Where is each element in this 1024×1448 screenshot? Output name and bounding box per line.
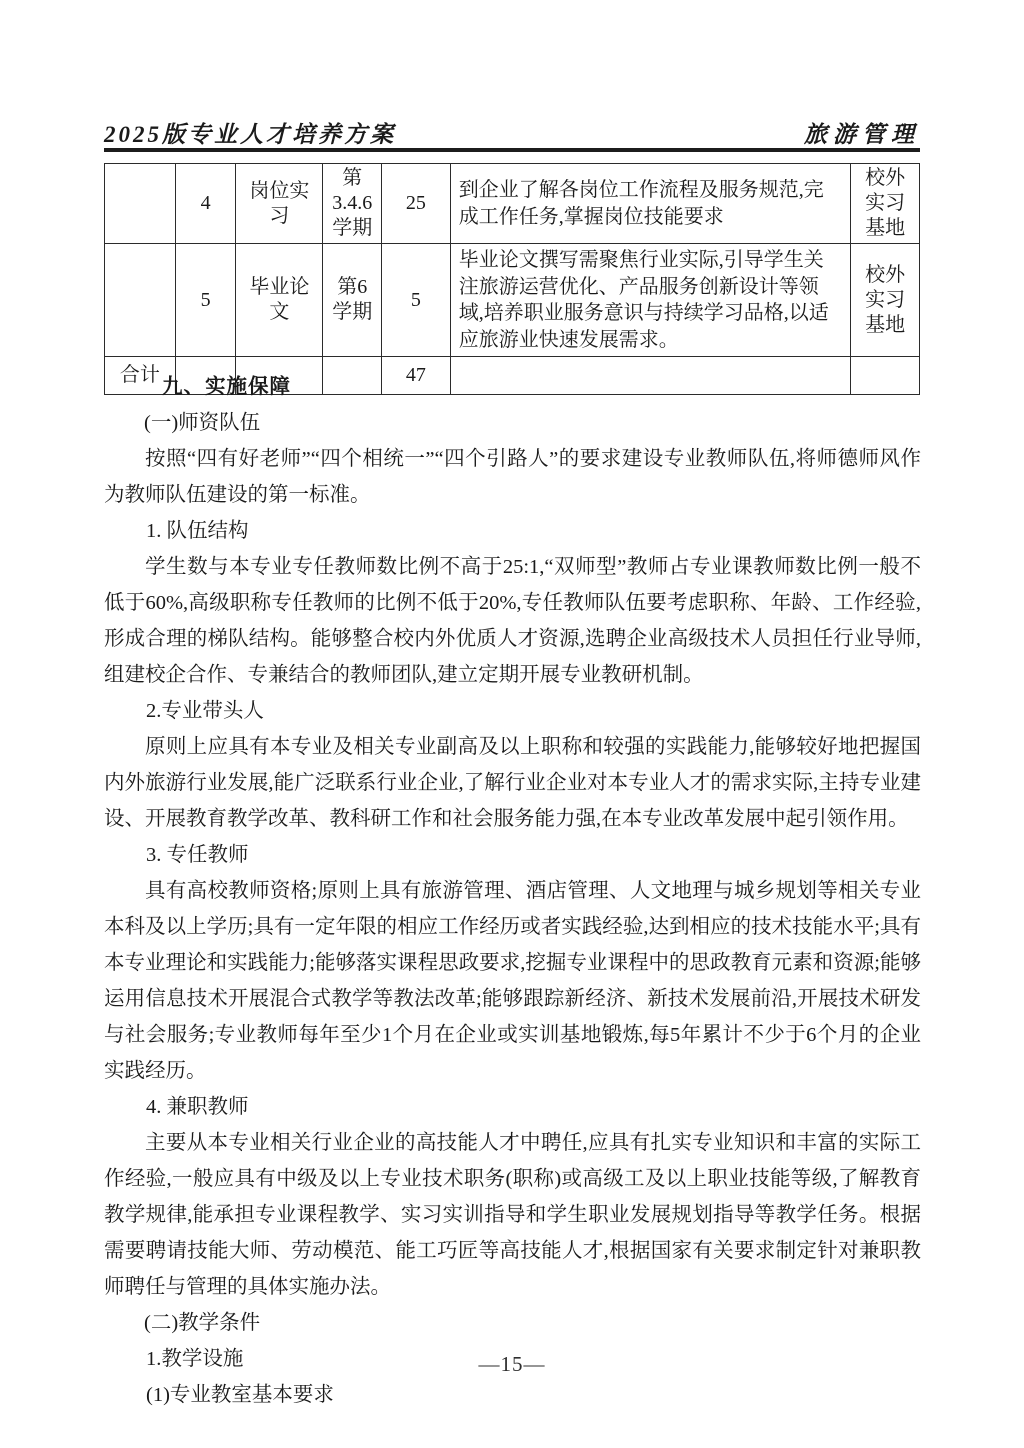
- table-cell: 到企业了解各岗位工作流程及服务规范,完成工作任务,掌握岗位技能要求: [450, 164, 850, 244]
- table-cell: 校外实习基地: [851, 244, 920, 357]
- subsection-heading-teaching-conditions: (二)教学条件: [104, 1305, 921, 1341]
- table-cell: 岗位实习: [236, 164, 323, 244]
- table-cell: 25: [382, 164, 451, 244]
- document-page: 2025版专业人才培养方案 旅游管理 4岗位实习第3.4.6学期25到企业了解各…: [0, 0, 1024, 1448]
- paragraph-fulltime-teachers: 具有高校教师资格;原则上具有旅游管理、酒店管理、人文地理与城乡规划等相关专业本科…: [104, 873, 921, 1089]
- paragraph-parttime-teachers: 主要从本专业相关行业企业的高技能人才中聘任,应具有扎实专业知识和丰富的实际工作经…: [104, 1125, 921, 1305]
- table-cell: 毕业论文撰写需聚焦行业实际,引导学生关注旅游运营优化、产品服务创新设计等领域,培…: [450, 244, 850, 357]
- practical-courses-table: 4岗位实习第3.4.6学期25到企业了解各岗位工作流程及服务规范,完成工作任务,…: [104, 163, 920, 395]
- table-cell: 5: [175, 244, 236, 357]
- section-heading-implementation-guarantee: 九、实施保障: [104, 369, 921, 405]
- numbered-heading-parttime-teachers: 4. 兼职教师: [104, 1089, 921, 1125]
- document-body: 九、实施保障(一)师资队伍按照“四有好老师”“四个相统一”“四个引路人”的要求建…: [104, 369, 921, 1413]
- table-cell: 校外实习基地: [851, 164, 920, 244]
- subsection-heading-teacher-team: (一)师资队伍: [104, 405, 921, 441]
- table-cell: [105, 244, 176, 357]
- table-cell: 第6学期: [323, 244, 382, 357]
- table-cell: 5: [382, 244, 451, 357]
- running-header: 2025版专业人才培养方案 旅游管理: [104, 116, 920, 149]
- numbered-heading-fulltime-teachers: 3. 专任教师: [104, 837, 921, 873]
- major-name: 旅游管理: [804, 116, 920, 149]
- table-cell: 毕业论文: [236, 244, 323, 357]
- table-cell: 4: [175, 164, 236, 244]
- paragraph-teacher-team-intro: 按照“四有好老师”“四个相统一”“四个引路人”的要求建设专业教师队伍,将师德师风…: [104, 441, 921, 513]
- header-rule: [104, 148, 920, 152]
- table-row: 5毕业论文第6学期5毕业论文撰写需聚焦行业实际,引导学生关注旅游运营优化、产品服…: [105, 244, 920, 357]
- numbered-heading-classroom-requirements: (1)专业教室基本要求: [104, 1377, 921, 1413]
- paragraph-team-structure: 学生数与本专业专任教师数比例不高于25:1,“双师型”教师占专业课教师数比例一般…: [104, 549, 921, 693]
- paragraph-professional-leader: 原则上应具有本专业及相关专业副高及以上职称和较强的实践能力,能够较好地把握国内外…: [104, 729, 921, 837]
- table-cell: [105, 164, 176, 244]
- practical-courses-table-body: 4岗位实习第3.4.6学期25到企业了解各岗位工作流程及服务规范,完成工作任务,…: [105, 164, 920, 395]
- numbered-heading-professional-leader: 2.专业带头人: [104, 693, 921, 729]
- table-cell: 第3.4.6学期: [323, 164, 382, 244]
- numbered-heading-team-structure: 1. 队伍结构: [104, 513, 921, 549]
- page-number: —15—: [0, 1352, 1024, 1377]
- document-title: 2025版专业人才培养方案: [104, 116, 396, 149]
- table-row: 4岗位实习第3.4.6学期25到企业了解各岗位工作流程及服务规范,完成工作任务,…: [105, 164, 920, 244]
